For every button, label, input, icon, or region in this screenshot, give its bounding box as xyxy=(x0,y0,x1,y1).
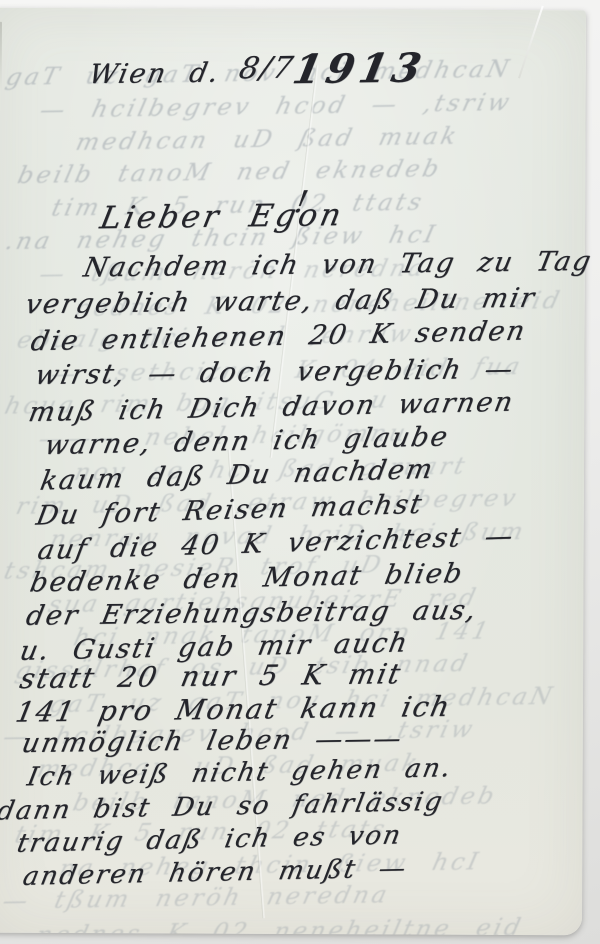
handwritten-line: vergeblich warte, daß Du mir xyxy=(23,283,539,321)
handwritten-line: statt 20 nur 5 K mit xyxy=(17,657,405,695)
handwriting-layer: Wien d. 8/7 1913 Lieber Egon ! Nachdem i… xyxy=(0,8,586,936)
photo-background: gaT uz gaT nov hci medhcaN— hcilbegrev h… xyxy=(0,0,600,944)
handwritten-line: wirst, — doch vergeblich — xyxy=(32,354,517,391)
dateline: Wien d. 8/7 1913 xyxy=(0,28,586,91)
dateline-place: Wien d. xyxy=(86,58,222,91)
handwritten-line: die entliehenen 20 K senden xyxy=(28,316,529,358)
letter-paper: gaT uz gaT nov hci medhcaN— hcilbegrev h… xyxy=(0,8,586,936)
handwritten-line: unmöglich leben ——— xyxy=(19,723,406,759)
handwritten-line: traurig daß ich es von xyxy=(15,821,405,859)
handwritten-line: anderen hören mußt — xyxy=(20,854,410,892)
handwritten-line: Ich weiß nicht gehen an. xyxy=(25,753,455,792)
dateline-day: 8/7 xyxy=(236,51,297,87)
dateline-year: 1913 xyxy=(289,44,430,93)
salutation-text: Lieber Egon xyxy=(97,197,347,236)
salutation: Lieber Egon ! xyxy=(0,198,585,251)
handwritten-line: der Erziehungsbeitrag aus, xyxy=(23,595,480,632)
letter-body: Nachdem ich von Tag zu Tagvergeblich war… xyxy=(0,8,586,11)
handwritten-line: Nachdem ich von Tag zu Tag xyxy=(81,246,595,284)
